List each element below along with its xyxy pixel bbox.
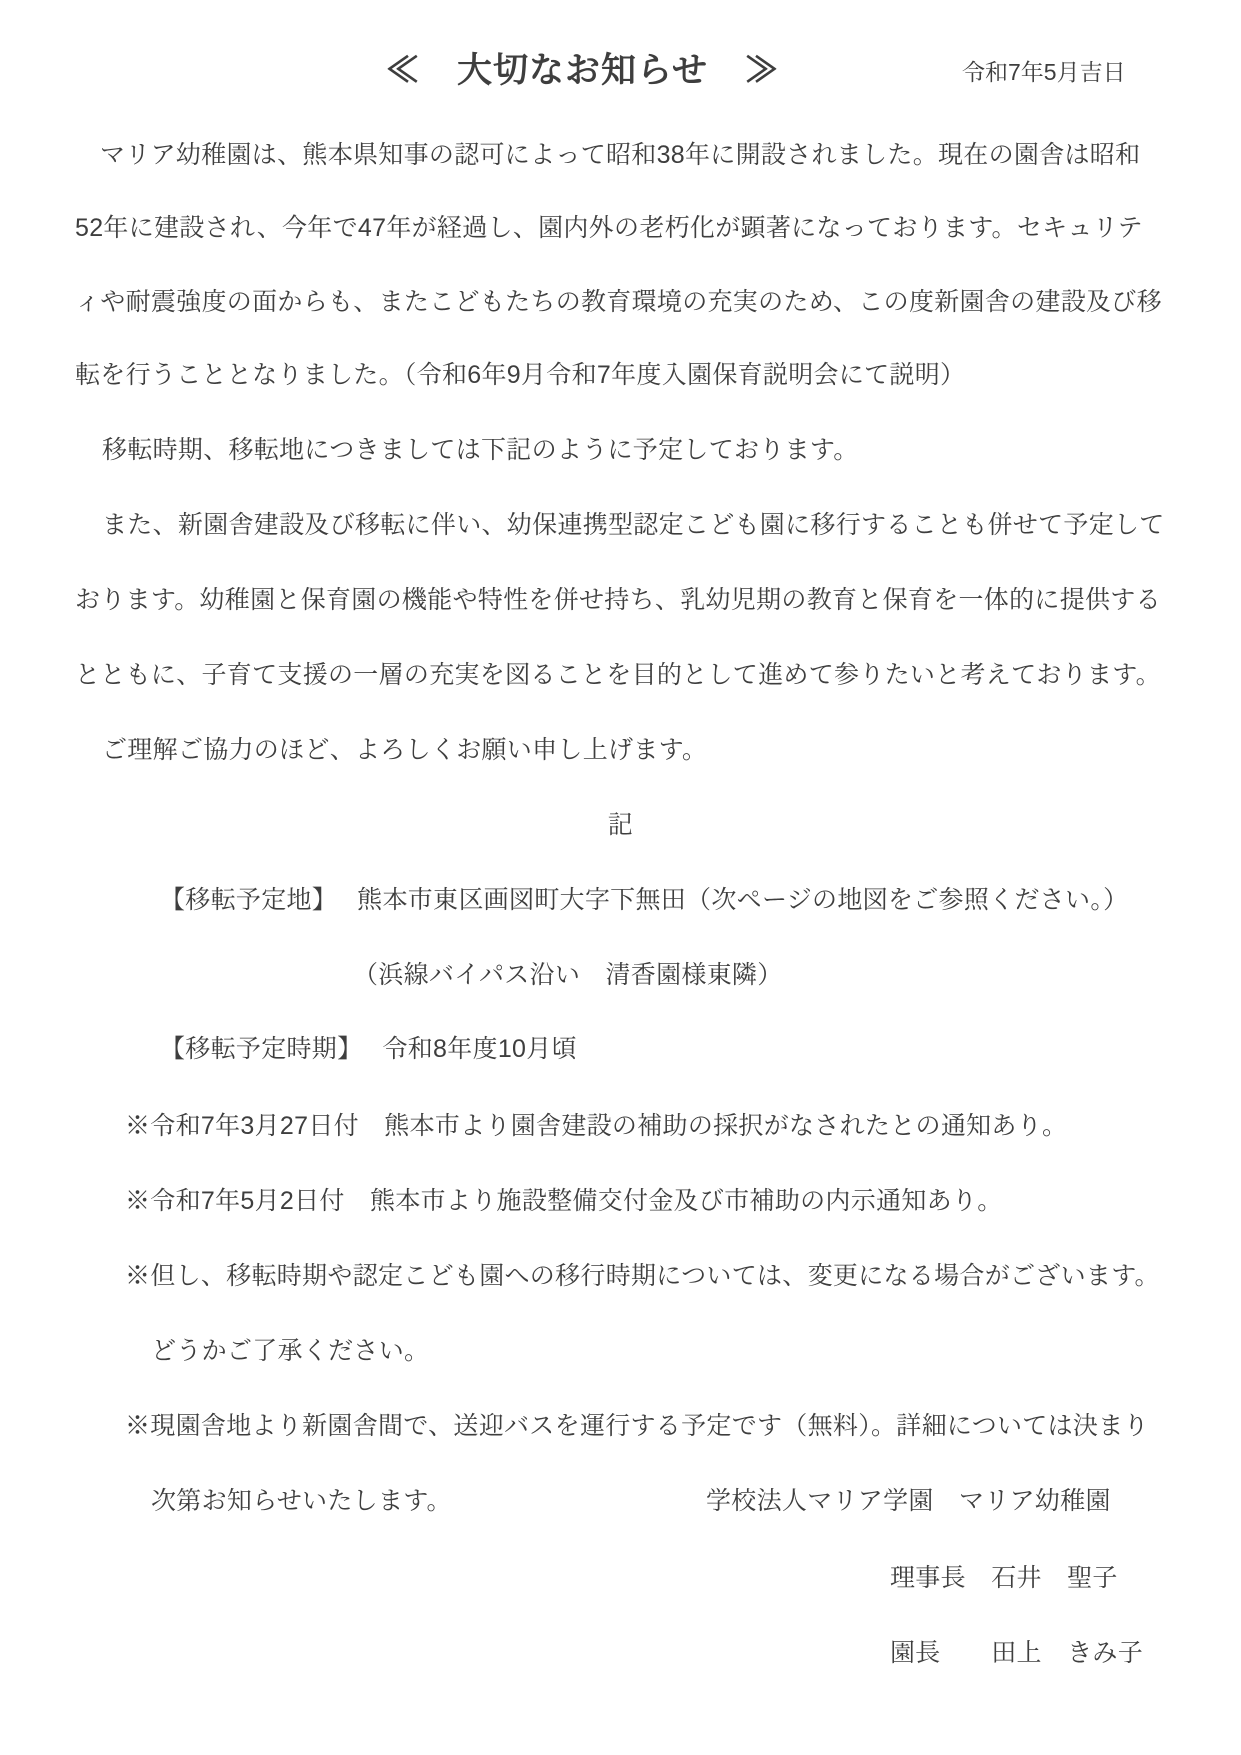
note-caveat-line-1: ※但し、移転時期や認定こども園への移行時期については、変更になる場合がございます… <box>125 1261 1160 1291</box>
schedule-intro-line: 移転時期、移転地につきましては下記のように予定しております。 <box>102 435 859 465</box>
request-line: ご理解ご協力のほど、よろしくお願い申し上げます。 <box>102 735 707 765</box>
kodomoen-line-2: おります。幼稚園と保育園の機能や特性を併せ持ち、乳幼児期の教育と保育を一体的に提… <box>75 585 1161 615</box>
signature-principal: 園長 田上 きみ子 <box>890 1638 1143 1668</box>
note-bus-line-1: ※現園舎地より新園舎間で、送迎バスを運行する予定です（無料）。詳細については決ま… <box>125 1411 1149 1441</box>
note-caveat-line-2: どうかご了承ください。 <box>151 1336 429 1366</box>
note-subsidy-1: ※令和7年3月27日付 熊本市より園舎建設の補助の採択がなされたとの通知あり。 <box>125 1111 1067 1141</box>
intro-line-3: ィや耐震強度の面からも、またこどもたちの教育環境の充実のため、この度新園舎の建設… <box>75 287 1162 317</box>
kodomoen-line-3: とともに、子育て支援の一層の充実を図ることを目的として進めて参りたいと考えており… <box>75 660 1161 690</box>
signature-organization: 学校法人マリア学園 マリア幼稚園 <box>706 1486 1111 1516</box>
notice-document-page: ≪ 大切なお知らせ ≫ 令和7年5月吉日 マリア幼稚園は、熊本県知事の認可によっ… <box>0 0 1241 1755</box>
notice-title: ≪ 大切なお知らせ ≫ <box>385 50 780 92</box>
note-bus-line-2: 次第お知らせいたします。 <box>151 1486 452 1516</box>
signature-chairman: 理事長 石井 聖子 <box>890 1563 1118 1593</box>
record-marker: 記 <box>0 810 1241 840</box>
notice-date: 令和7年5月吉日 <box>962 58 1126 86</box>
relocation-site-detail-line: （浜線バイパス沿い 清香園様東隣） <box>353 960 783 990</box>
relocation-period-line: 【移転予定時期】 令和8年度10月頃 <box>160 1034 577 1064</box>
relocation-site-line: 【移転予定地】 熊本市東区画図町大字下無田（次ページの地図をご参照ください。） <box>160 885 1128 915</box>
intro-line-2: 52年に建設され、今年で47年が経過し、園内外の老朽化が顕著になっております。セ… <box>75 213 1143 243</box>
kodomoen-line-1: また、新園舎建設及び移転に伴い、幼保連携型認定こども園に移行することも併せて予定… <box>102 510 1165 540</box>
intro-line-4: 転を行うこととなりました。（令和6年9月令和7年度入園保育説明会にて説明） <box>75 360 965 390</box>
note-subsidy-2: ※令和7年5月2日付 熊本市より施設整備交付金及び市補助の内示通知あり。 <box>125 1186 1003 1216</box>
intro-line-1: マリア幼稚園は、熊本県知事の認可によって昭和38年に開設されました。現在の園舎は… <box>100 140 1140 170</box>
